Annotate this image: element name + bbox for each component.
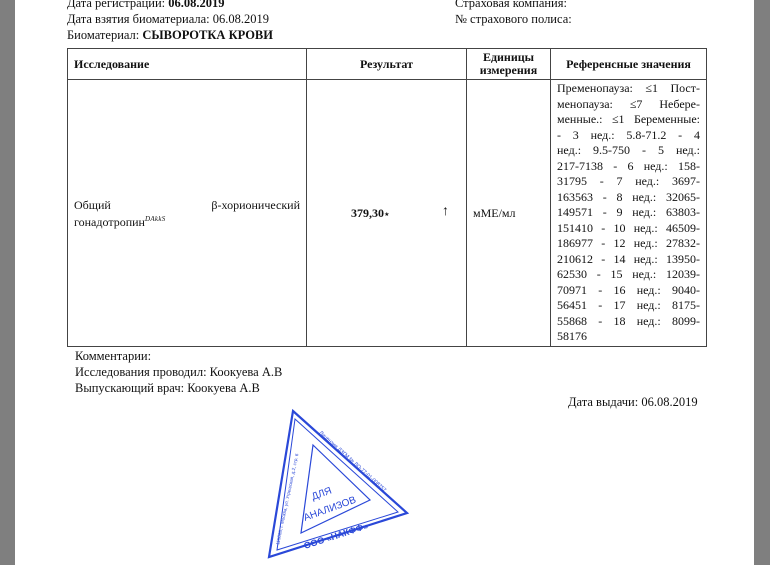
reference-line: 62530-15нед.:12039- (557, 267, 700, 283)
svg-text:ДЛЯ: ДЛЯ (310, 485, 333, 502)
column-header-test: Исследование (68, 49, 307, 80)
results-table: Исследование Результат Единицы измерения… (67, 48, 707, 347)
reference-line: менопауза:≤7Небере- (557, 97, 700, 113)
reference-line: 58176 (557, 329, 700, 345)
reference-line: 210612-14нед.:13950- (557, 252, 700, 268)
performed-by: Исследования проводил: Коокуева А.В (75, 364, 282, 380)
policy-number: № страхового полиса: (455, 11, 572, 27)
reference-line: менные.:≤1Беременные: (557, 112, 700, 128)
biomaterial-value: СЫВОРОТКА КРОВИ (142, 28, 273, 42)
reference-line: 70971-16нед.:9040- (557, 283, 700, 299)
unit-cell: мМЕ/мл (467, 80, 551, 347)
reference-line: 151410-10нед.:46509- (557, 221, 700, 237)
reference-line: 56451-17нед.:8175- (557, 298, 700, 314)
svg-text:ООО «НАКФФ»: ООО «НАКФФ» (303, 521, 370, 551)
table-header-row: Исследование Результат Единицы измерения… (68, 49, 707, 80)
reference-line: Пременопауза:≤1Пост- (557, 81, 700, 97)
result-cell: 379,30⋆ ↑ (307, 80, 467, 347)
issuing-doctor: Выпускающий врач: Коокуева А.В (75, 380, 260, 396)
arrow-up-icon: ↑ (442, 204, 449, 220)
insurance-company: Страховая компания: (455, 0, 567, 11)
reference-line: 186977-12нед.:27832- (557, 236, 700, 252)
stamp-seal: Лицензия ДЗГМ № ЛО-77-01-008757 115088, … (255, 405, 415, 565)
reference-line: 55868-18нед.:8099- (557, 314, 700, 330)
page-edge-left (0, 0, 15, 565)
biomaterial: Биоматериал: СЫВОРОТКА КРОВИ (67, 27, 273, 43)
table-row: Общий β-хорионический гонадотропинDAkkS … (68, 80, 707, 347)
column-header-result: Результат (307, 49, 467, 80)
registration-date: Дата регистрации: 06.08.2019 (67, 0, 225, 11)
reference-line: 31795-7нед.:3697- (557, 174, 700, 190)
column-header-reference: Референсные значения (551, 49, 707, 80)
reference-cell: Пременопауза:≤1Пост-менопауза:≤7Небере-м… (551, 80, 707, 347)
result-value: 379,30⋆ (351, 206, 390, 221)
reference-line: -3нед.:5.8-71.2-4 (557, 128, 700, 144)
reference-line: 163563-8нед.:32065- (557, 190, 700, 206)
test-name-cell: Общий β-хорионический гонадотропинDAkkS (68, 80, 307, 347)
sample-date: Дата взятия биоматериала: 06.08.2019 (67, 11, 269, 27)
accreditation-tag: DAkkS (145, 215, 166, 223)
svg-text:Лицензия ДЗГМ № ЛО-77-01-00875: Лицензия ДЗГМ № ЛО-77-01-008757 (318, 430, 388, 493)
sample-date-value: 06.08.2019 (213, 12, 269, 26)
reference-line: нед.:9.5-750-5нед.: (557, 143, 700, 159)
reference-line: 149571-9нед.:63803- (557, 205, 700, 221)
comments-label: Комментарии: (75, 348, 151, 364)
registration-date-value: 06.08.2019 (168, 0, 224, 10)
reference-line: 217-7138-6нед.:158- (557, 159, 700, 175)
issue-date: Дата выдачи: 06.08.2019 (568, 395, 698, 410)
reference-values: Пременопауза:≤1Пост-менопауза:≤7Небере-м… (557, 81, 700, 345)
page-edge-right (754, 0, 770, 565)
column-header-unit: Единицы измерения (467, 49, 551, 80)
